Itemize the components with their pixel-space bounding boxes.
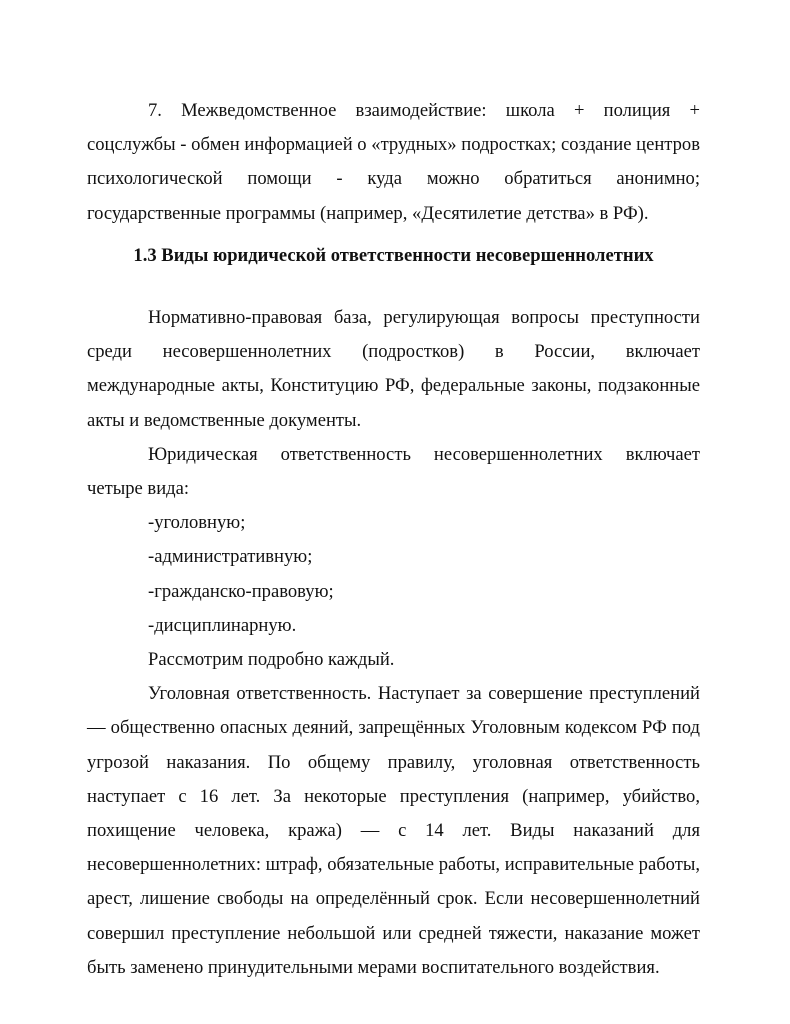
paragraph-legal-base: Нормативно-правовая база, регулирующая в… — [87, 301, 700, 438]
types-list: -уголовную; -административную; -гражданс… — [87, 506, 700, 643]
list-item-civil: -гражданско-правовую; — [87, 575, 700, 609]
paragraph-criminal-liability: Уголовная ответственность. Наступает за … — [87, 677, 700, 985]
document-page: 7. Межведомственное взаимодействие: школ… — [87, 94, 700, 985]
spacer — [87, 273, 700, 301]
paragraph-types-intro: Юридическая ответственность несовершенно… — [87, 438, 700, 506]
consider-each-line: Рассмотрим подробно каждый. — [87, 643, 700, 677]
list-item-criminal: -уголовную; — [87, 506, 700, 540]
paragraph-interagency-cooperation: 7. Межведомственное взаимодействие: школ… — [87, 94, 700, 231]
section-heading: 1.3 Виды юридической ответственности нес… — [87, 239, 700, 273]
list-item-disciplinary: -дисциплинарную. — [87, 609, 700, 643]
spacer — [87, 231, 700, 239]
list-item-administrative: -административную; — [87, 540, 700, 574]
